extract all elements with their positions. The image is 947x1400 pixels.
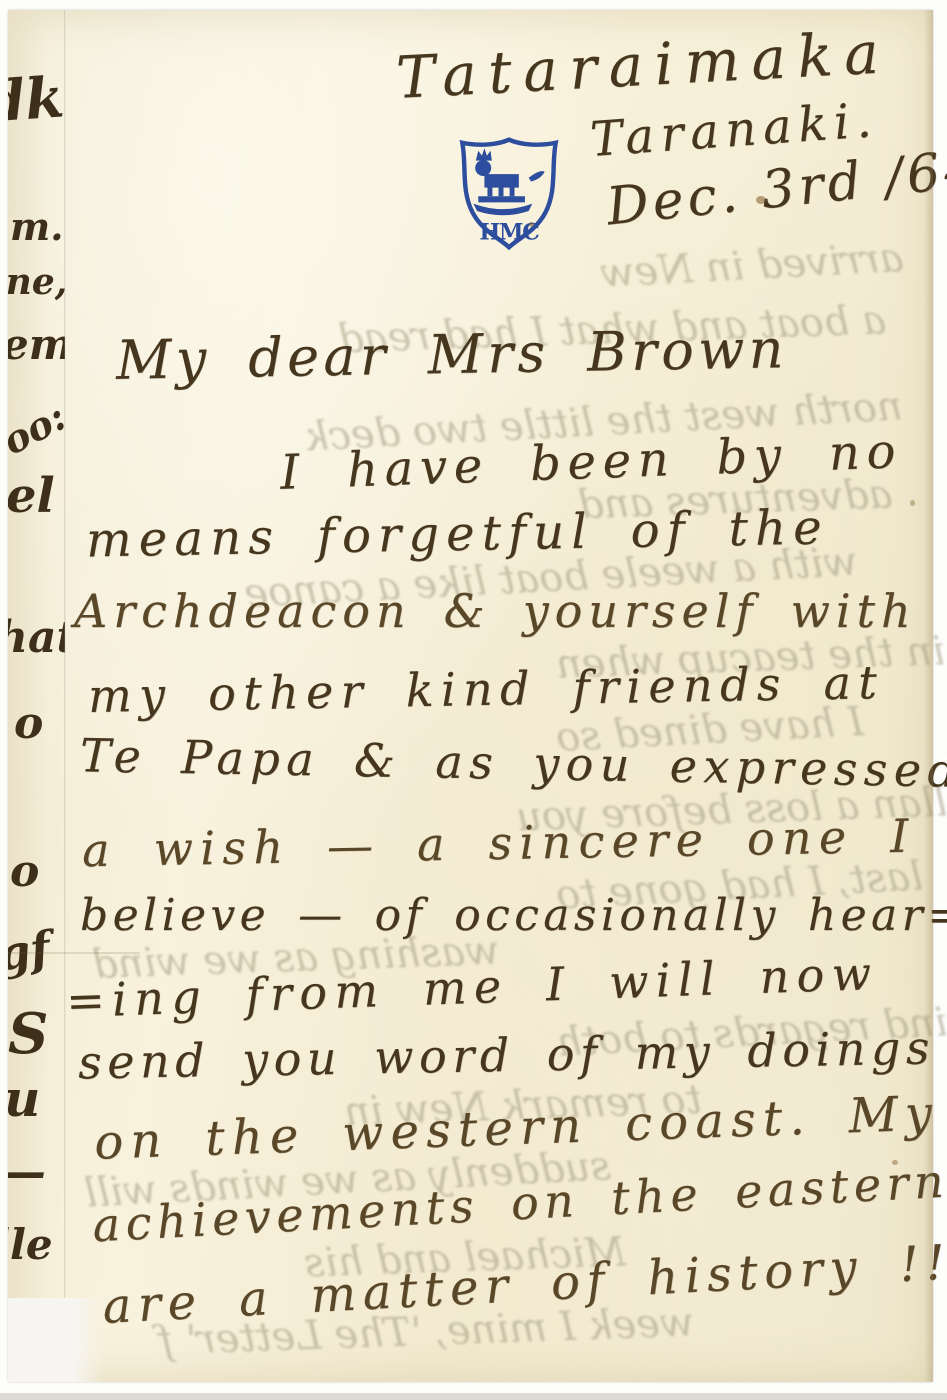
paper-speck xyxy=(910,500,915,506)
handwritten-line: a wish — a sincere one I xyxy=(82,813,916,874)
clipped-word-fragment: hat xyxy=(8,616,65,660)
scanned-letter: arrived in New a boat and what I had rea… xyxy=(0,0,947,1400)
page-corner-backing xyxy=(8,1298,104,1382)
letter-page: arrived in New a boat and what I had rea… xyxy=(8,10,933,1382)
handwritten-line: Te Papa & as you expressed xyxy=(80,732,947,793)
clipped-word-fragment: em xyxy=(8,324,65,366)
adjacent-page-strip: dk m. ine, em oo: el hat o o gf S u — ll… xyxy=(8,10,65,1305)
clipped-word-fragment: o xyxy=(10,850,39,894)
showthrough-fragment: arrived in New xyxy=(599,238,904,294)
clipped-word-fragment: lle xyxy=(8,1224,53,1266)
clipped-word-fragment: m. xyxy=(10,208,63,246)
clipped-word-fragment: el xyxy=(8,472,55,520)
paper-speck xyxy=(529,222,534,227)
clipped-word-fragment: ine, xyxy=(8,264,65,300)
ink-blot xyxy=(756,196,766,204)
vertical-fold-crease xyxy=(64,10,67,1305)
handwritten-line: Archdeacon & yourself with xyxy=(74,588,917,634)
clipped-word-fragment: — xyxy=(8,1148,46,1196)
page-edge-shadow xyxy=(924,10,933,1382)
scan-bottom-edge xyxy=(0,1393,947,1400)
handwritten-line: my other kind friends at xyxy=(88,659,885,719)
clipped-word-fragment: u xyxy=(8,1074,40,1124)
paper-speck xyxy=(892,1160,898,1165)
clipped-word-fragment: dk xyxy=(8,69,65,130)
salutation-line: My dear Mrs Brown xyxy=(116,322,789,388)
handwritten-line: send you word of my doings xyxy=(78,1025,936,1086)
heading-place: Tataraimaka xyxy=(395,23,892,107)
handwritten-line: on the western coast. My xyxy=(93,1089,940,1166)
handwritten-line: means forgetful of the xyxy=(86,504,830,565)
clipped-word-fragment: o xyxy=(14,702,43,746)
clipped-word-fragment: oo: xyxy=(8,397,65,461)
hmc-crest-stamp: HMC xyxy=(446,136,572,254)
horizontal-fold-crease xyxy=(8,952,140,954)
handwritten-line: believe — of occasionally hear= xyxy=(80,894,947,938)
clipped-word-fragment: S xyxy=(8,1006,48,1062)
lion-passant-icon xyxy=(473,148,544,215)
clipped-word-fragment: gf xyxy=(8,925,53,978)
